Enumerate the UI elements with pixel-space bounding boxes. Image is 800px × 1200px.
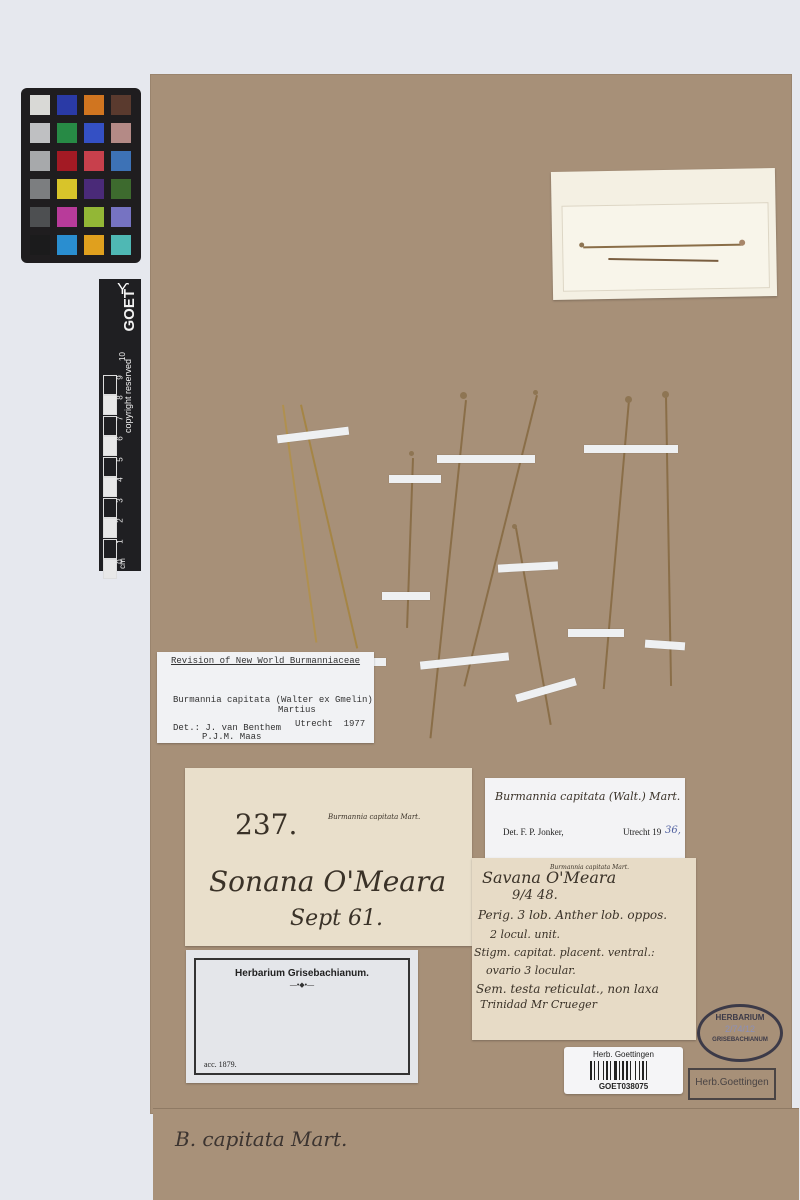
determination-label-1936: Burmannia capitata (Walt.) Mart. Det. F.…: [485, 778, 685, 858]
color-swatch: [84, 179, 104, 199]
field-note-line: Sem. testa reticulat., non laxa: [476, 982, 659, 996]
scale-tick-label: 2: [116, 518, 125, 522]
ornament-divider: —•◆•—: [186, 981, 418, 989]
color-swatch: [57, 235, 77, 255]
scale-tick-label: 0: [116, 559, 125, 563]
goet-logo-icon: ϒ: [117, 281, 129, 299]
determiner: Det. F. P. Jonker,: [503, 827, 564, 837]
color-swatch: [30, 235, 50, 255]
field-notes-label: Burmannia capitata Mart. Savana O'Meara9…: [472, 858, 696, 1040]
color-swatch: [84, 95, 104, 115]
field-note-line: Trinidad Mr Crueger: [480, 998, 597, 1011]
field-note-line: Savana O'Meara: [482, 868, 616, 887]
color-swatch: [84, 235, 104, 255]
stamp-number: 2/74/12: [700, 1024, 780, 1034]
taxon-note: Burmannia capitata Mart.: [328, 813, 420, 821]
herbarium-title: Herbarium Grisebachianum.: [186, 968, 418, 979]
collection-number: 237.: [235, 808, 297, 841]
color-swatch: [30, 95, 50, 115]
color-swatch: [111, 179, 131, 199]
herb-goettingen-stamp: Herb.Goettingen: [688, 1068, 776, 1100]
color-swatch: [111, 151, 131, 171]
rect-stamp-text: Herb.Goettingen: [690, 1077, 774, 1088]
barcode-label: Herb. Goettingen GOET038075: [564, 1047, 683, 1094]
place-year: Utrecht 1977: [295, 719, 365, 729]
taxon-handwritten: Burmannia capitata (Walt.) Mart.: [495, 790, 680, 803]
label-heading: Revision of New World Burmanniaceae: [171, 656, 360, 666]
packet-inner: [561, 202, 769, 292]
color-swatch: [84, 207, 104, 227]
scale-tick-label: 6: [116, 436, 125, 440]
scale-tick-label: 7: [116, 416, 125, 420]
field-note-line: 9/4 48.: [512, 888, 558, 903]
barcode-id: GOET038075: [564, 1082, 683, 1091]
field-note-line: ovario 3 locular.: [486, 964, 576, 977]
color-swatch: [30, 179, 50, 199]
color-swatch: [57, 123, 77, 143]
det-year: 36,: [665, 825, 681, 836]
accession: acc. 1879.: [204, 1060, 237, 1069]
field-note-line: Stigm. capitat. placent. ventral.:: [474, 946, 655, 959]
scale-tick-label: 3: [116, 498, 125, 502]
scale-tick-label: 8: [116, 395, 125, 399]
institution-name: Herb. Goettingen: [564, 1050, 683, 1059]
color-swatch: [84, 123, 104, 143]
taxon-name: Burmannia capitata (Walter ex Gmelin): [173, 695, 373, 705]
field-note-line: Perig. 3 lob. Anther lob. oppos.: [478, 908, 667, 922]
color-swatch: [30, 207, 50, 227]
scale-tick-label: 4: [116, 477, 125, 481]
color-swatch: [57, 151, 77, 171]
stamp-bottom-text: GRISEBACHIANUM: [700, 1037, 780, 1043]
scale-tick-label: 9: [116, 375, 125, 379]
grisebach-oval-stamp: HERBARIUM 2/74/12 GRISEBACHIANUM: [697, 1004, 783, 1062]
collection-date: Sept 61.: [290, 906, 383, 931]
color-swatch: [30, 123, 50, 143]
color-swatch: [111, 123, 131, 143]
color-swatch: [57, 95, 77, 115]
fragment-packet: [551, 168, 777, 300]
grisebach-label: Herbarium Grisebachianum. —•◆•— acc. 187…: [186, 950, 418, 1083]
sheet-annotation: B. capitata Mart.: [175, 1127, 347, 1151]
color-swatch: [111, 207, 131, 227]
field-note-line: 2 locul. unit.: [490, 928, 560, 941]
determiner-2: P.J.M. Maas: [202, 732, 261, 742]
taxon-author: Martius: [278, 705, 316, 715]
color-swatch: [30, 151, 50, 171]
collector-label-237: 237. Burmannia capitata Mart. Sonana O'M…: [185, 768, 472, 946]
scale-bar: GOET ϒ copyright reserved cm 01234567891…: [99, 279, 141, 571]
scale-tick-label: 5: [116, 457, 125, 461]
collector-name: Sonana O'Meara: [209, 865, 446, 898]
color-swatch: [111, 235, 131, 255]
color-swatch: [111, 95, 131, 115]
scale-tick-label: 1: [116, 539, 125, 543]
det-place: Utrecht 19: [623, 827, 661, 837]
barcode: [590, 1061, 658, 1080]
color-swatch: [57, 179, 77, 199]
color-swatch: [57, 207, 77, 227]
determination-label-1977: Revision of New World Burmanniaceae Burm…: [157, 652, 374, 743]
color-swatch: [84, 151, 104, 171]
color-calibration-chart: [21, 88, 141, 263]
stamp-top-text: HERBARIUM: [700, 1013, 780, 1022]
scale-tick-label: 10: [118, 352, 127, 361]
folder-flap: B. capitata Mart.: [153, 1108, 799, 1200]
